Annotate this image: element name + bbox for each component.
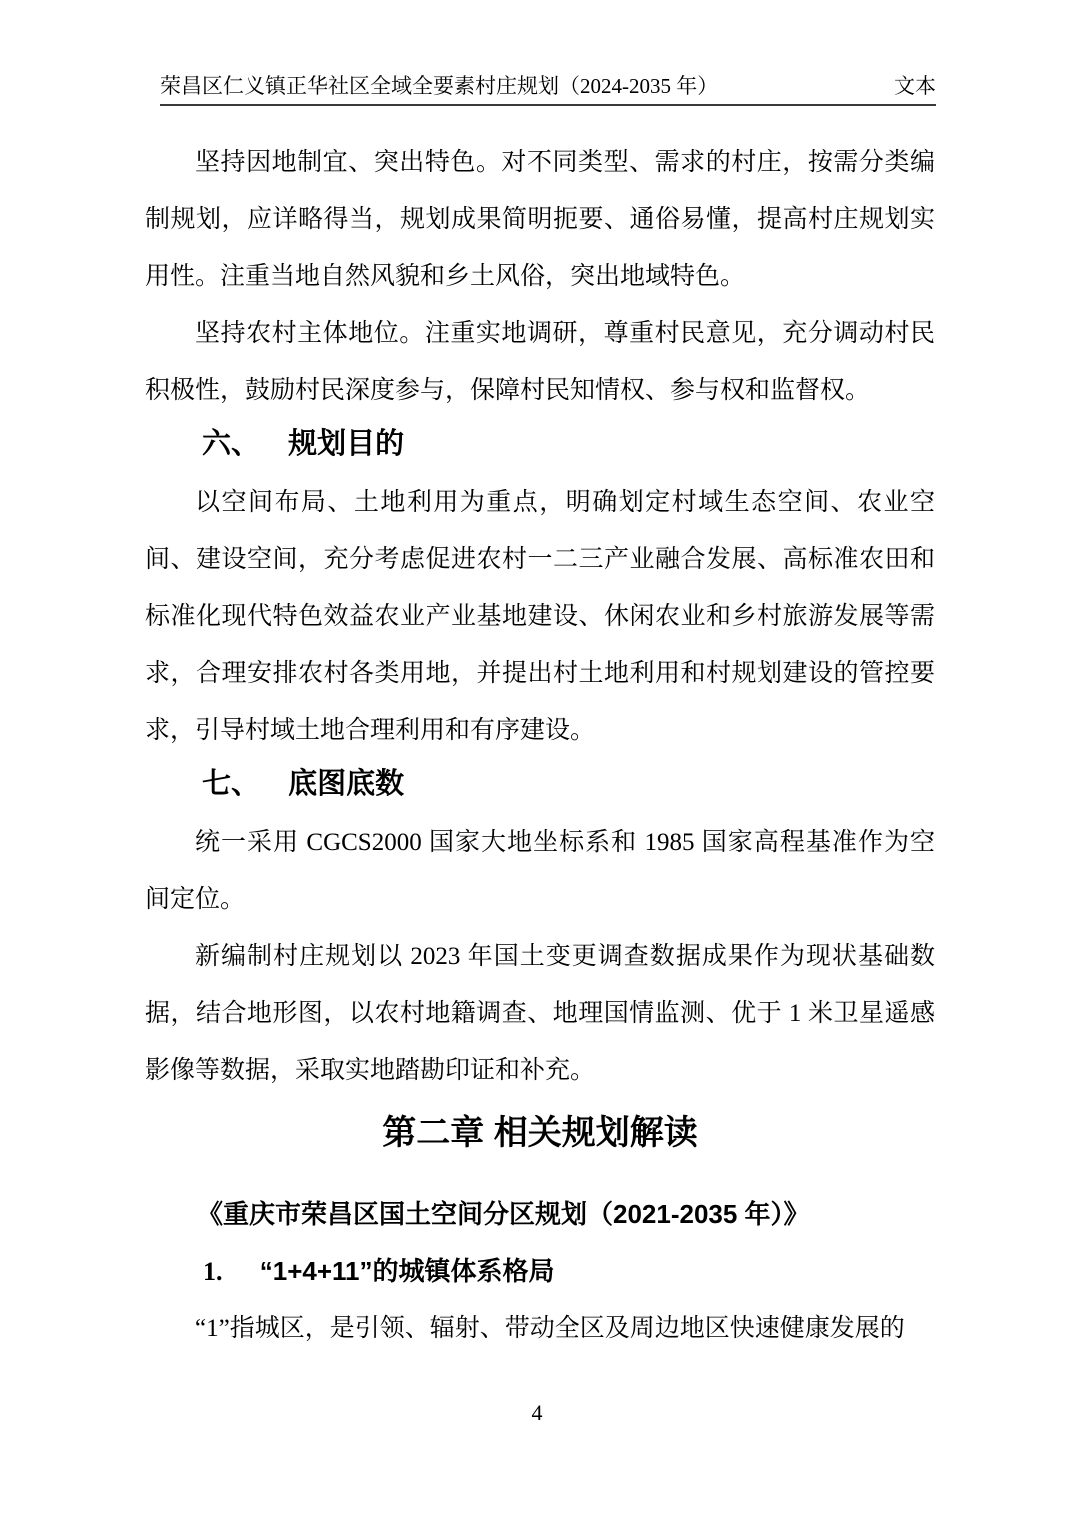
paragraph-coordinate-datum: 统一采用 CGCS2000 国家大地坐标系和 1985 国家高程基准作为空间定位… [145, 814, 935, 928]
page-footer: 4 [0, 1398, 1074, 1428]
section-6-number: 六、 [202, 424, 260, 464]
chapter-2-heading: 第二章 相关规划解读 [145, 1109, 935, 1157]
paragraph-city-area-description: “1”指城区，是引领、辐射、带动全区及周边地区快速健康发展的 [145, 1300, 935, 1357]
page-number: 4 [532, 1400, 543, 1425]
header-doc-type-label: 文本 [894, 72, 936, 100]
paragraph-adapt-local-features: 坚持因地制宜、突出特色。对不同类型、需求的村庄，按需分类编制规划，应详略得当，规… [145, 134, 935, 305]
item-1-number: 1. [203, 1243, 223, 1300]
referenced-plan-title: 《重庆市荣昌区国土空间分区规划（2021-2035 年）》 [145, 1186, 935, 1243]
section-heading-6-planning-purpose: 六、 规划目的 [145, 424, 935, 464]
paragraph-planning-purpose: 以空间布局、土地利用为重点，明确划定村域生态空间、农业空间、建设空间，充分考虑促… [145, 474, 935, 759]
paragraph-village-subject-status: 坚持农村主体地位。注重实地调研，尊重村民意见，充分调动村民积极性，鼓励村民深度参… [145, 305, 935, 419]
document-body: 坚持因地制宜、突出特色。对不同类型、需求的村庄，按需分类编制规划，应详略得当，规… [145, 134, 935, 1357]
section-heading-7-base-map-data: 七、 底图底数 [145, 764, 935, 804]
section-7-number: 七、 [202, 764, 260, 804]
header-document-title: 荣昌区仁义镇正华社区全域全要素村庄规划（2024-2035 年） [160, 72, 718, 100]
numbered-item-1-urban-system: 1. “1+4+11”的城镇体系格局 [145, 1243, 935, 1300]
document-page: 荣昌区仁义镇正华社区全域全要素村庄规划（2024-2035 年） 文本 坚持因地… [0, 0, 1074, 1520]
section-7-title: 底图底数 [288, 768, 404, 800]
page-header: 荣昌区仁义镇正华社区全域全要素村庄规划（2024-2035 年） 文本 [160, 72, 936, 106]
item-1-title: “1+4+11”的城镇体系格局 [260, 1256, 555, 1286]
section-6-title: 规划目的 [288, 428, 404, 460]
paragraph-survey-data-source: 新编制村庄规划以 2023 年国土变更调查数据成果作为现状基础数据，结合地形图，… [145, 928, 935, 1099]
